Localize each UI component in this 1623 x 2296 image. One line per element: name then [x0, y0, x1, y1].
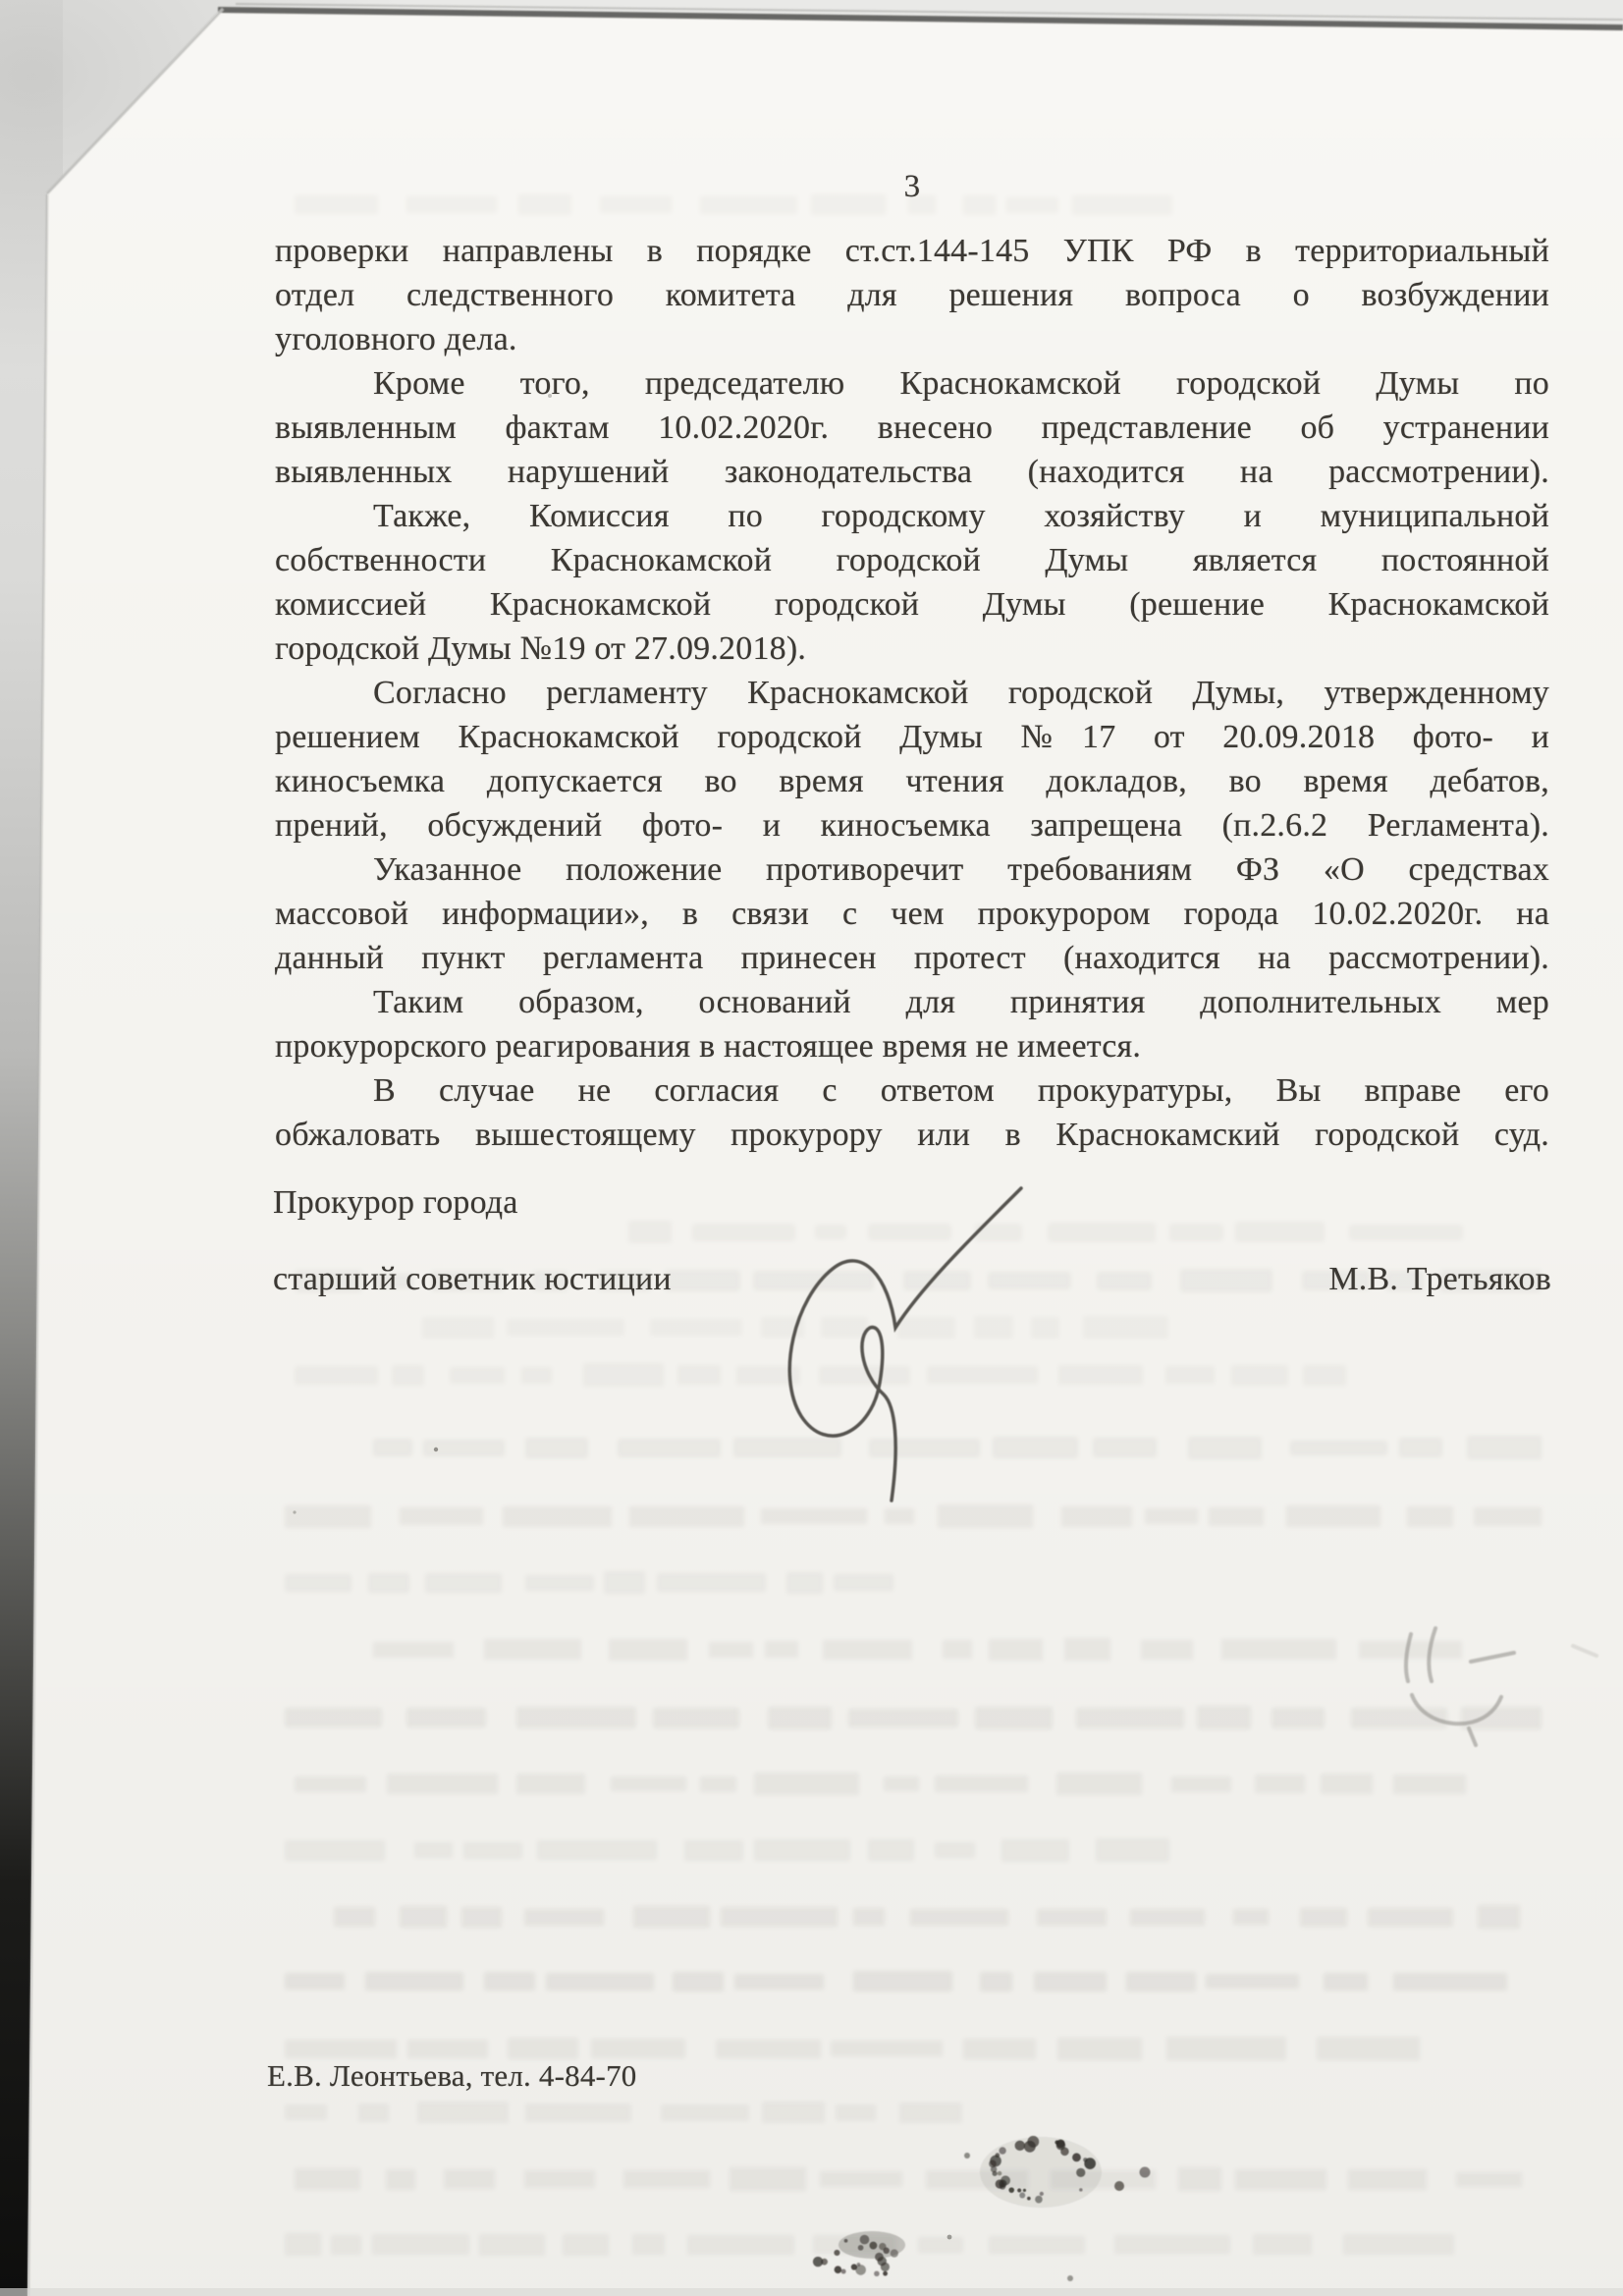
document-body: проверки направлены в порядке ст.ст.144-… [275, 229, 1549, 1157]
text-line: массовой информации», в связи с чем прок… [275, 892, 1549, 936]
text-line: обжаловать вышестоящему прокурору или в … [275, 1113, 1549, 1157]
bleed-through-line [295, 2167, 1522, 2195]
text-line: выявленным фактам 10.02.2020г. внесено п… [275, 406, 1549, 450]
signoff-title: Прокурор города [273, 1182, 518, 1224]
text-line: городской Думы №19 от 27.09.2018). [275, 627, 1549, 671]
bleed-through-line [285, 1504, 1542, 1532]
bleed-through-line [373, 1638, 1542, 1666]
text-line: Также, Комиссия по городскому хозяйству … [275, 494, 1549, 538]
text-line: В случае не согласия с ответом прокурату… [275, 1068, 1549, 1113]
bleed-through-line [285, 1706, 1542, 1733]
page-number: 3 [275, 169, 1549, 205]
text-line: киносъемка допускается во время чтения д… [275, 759, 1549, 803]
text-line: собственности Краснокамской городской Ду… [275, 538, 1549, 582]
bleed-through-line [285, 2102, 1001, 2129]
text-line: прокурорского реагирования в настоящее в… [275, 1024, 1549, 1068]
bleed-through-line [285, 1838, 1227, 1866]
text-line: уголовного дела. [275, 317, 1549, 361]
signer-name: М.В. Третьяков [275, 1259, 1551, 1300]
bleed-through-line [285, 1971, 1551, 1998]
bleed-through-line [285, 1571, 893, 1599]
bleed-through-line [628, 1221, 1512, 1248]
text-line: Кроме того, председателю Краснокамской г… [275, 361, 1549, 406]
scanned-document: 3 проверки направлены в порядке ст.ст.14… [0, 0, 1623, 2296]
text-line: отдел следственного комитета для решения… [275, 273, 1549, 317]
bleed-through-line [422, 1316, 1168, 1343]
executor-contact-line: Е.В. Леонтьева, тел. 4-84-70 [267, 2058, 636, 2094]
bleed-through-line [334, 1905, 1542, 1933]
bleed-through-line [285, 2233, 1502, 2261]
text-line: выявленных нарушений законодательства (н… [275, 450, 1549, 494]
text-line: данный пункт регламента принесен протест… [275, 936, 1549, 980]
bleed-through-line [373, 1436, 1542, 1463]
bleed-through-line [295, 1363, 1414, 1391]
text-line: Согласно регламенту Краснокамской городс… [275, 671, 1549, 715]
text-line: прений, обсуждений фото- и киносъемка за… [275, 803, 1549, 847]
text-line: решением Краснокамской городской Думы №1… [275, 715, 1549, 759]
text-line: Указанное положение противоречит требова… [275, 847, 1549, 892]
text-line: Таким образом, оснований для принятия до… [275, 980, 1549, 1024]
bleed-through-line [295, 1773, 1512, 1800]
text-line: комиссией Краснокамской городской Думы (… [275, 582, 1549, 627]
text-line: проверки направлены в порядке ст.ст.144-… [275, 229, 1549, 273]
